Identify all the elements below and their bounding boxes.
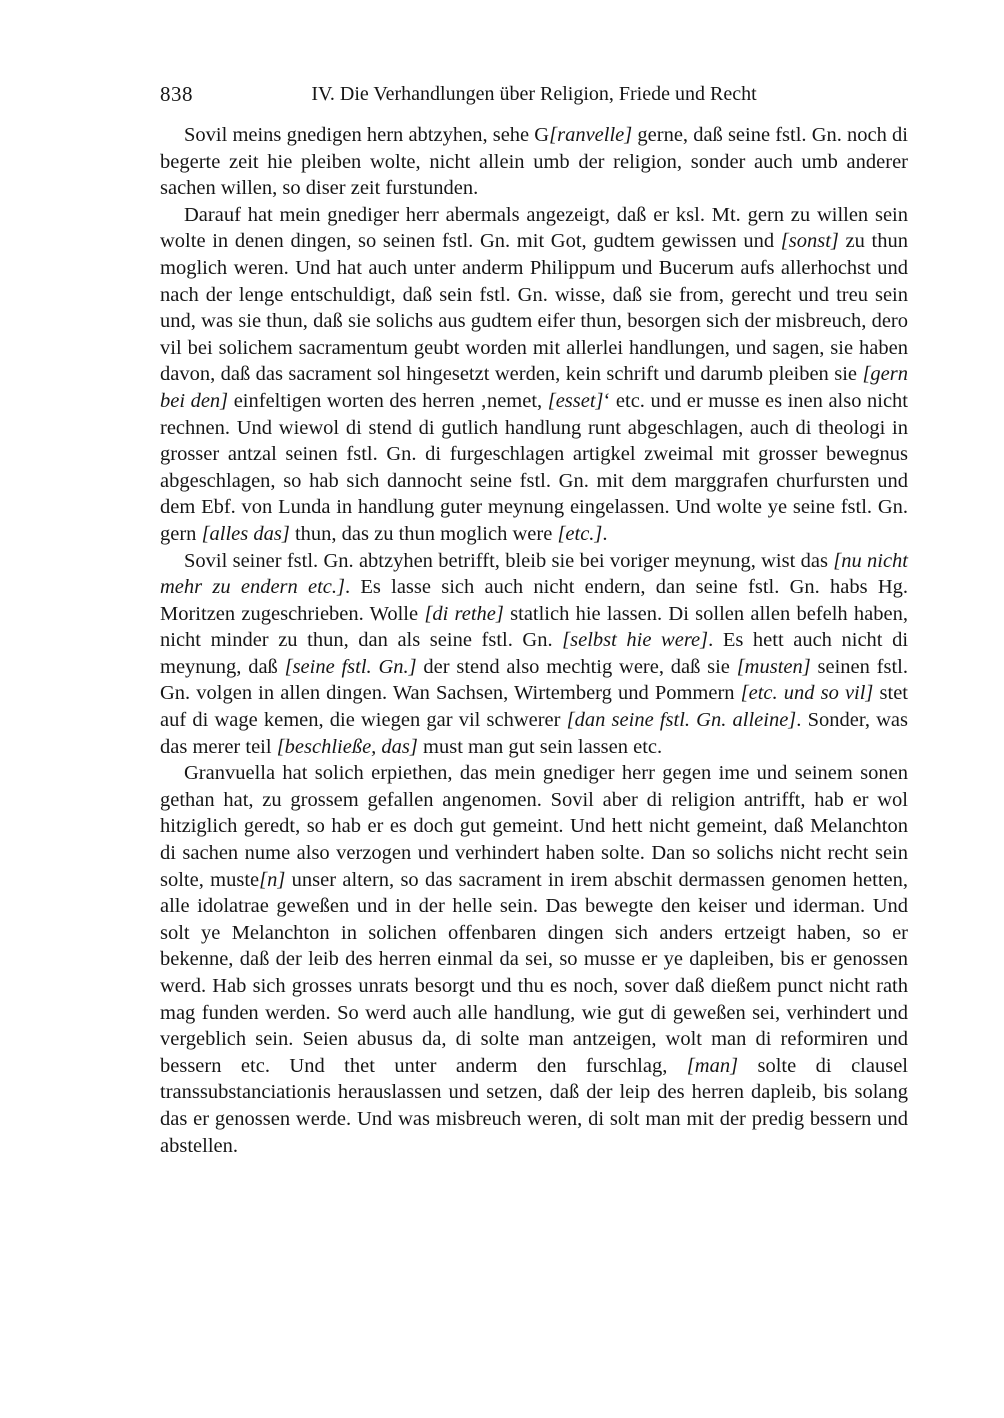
text-run: thun, das zu thun moglich were: [290, 523, 558, 545]
text-run: ‘ etc. und er musse es inen also nicht r…: [160, 390, 908, 545]
text-run: der stend also mechtig were, daß sie: [417, 656, 737, 678]
paragraph: Sovil meins gnedigen hern abtzyhen, sehe…: [160, 122, 908, 202]
editorial-insertion: [di rethe]: [424, 603, 504, 625]
editorial-insertion: [seine fstl. Gn.]: [285, 656, 417, 678]
page-header: 838 IV. Die Verhandlungen über Religion,…: [160, 80, 908, 108]
editorial-insertion: [musten]: [737, 656, 811, 678]
page-number: 838: [160, 80, 193, 108]
paragraph: Darauf hat mein gnediger herr abermals a…: [160, 202, 908, 548]
editorial-insertion: [ranvelle]: [549, 124, 632, 146]
editorial-insertion: [dan seine fstl. Gn. alleine]: [567, 709, 797, 731]
text-run: .: [602, 523, 607, 545]
text-run: unser altern, so das sacrament in irem a…: [160, 869, 908, 1077]
text-run: Sovil meins gnedigen hern abtzyhen, sehe…: [184, 124, 549, 146]
editorial-insertion: [alles das]: [202, 523, 290, 545]
editorial-insertion: [esset]: [548, 390, 604, 412]
editorial-insertion: [etc.]: [557, 523, 602, 545]
editorial-insertion: [etc. und so vil]: [741, 682, 874, 704]
text-body: Sovil meins gnedigen hern abtzyhen, sehe…: [160, 122, 908, 1159]
paragraph: Granvuella hat solich erpiethen, das mei…: [160, 760, 908, 1159]
editorial-insertion: [n]: [259, 869, 285, 891]
editorial-insertion: [sonst]: [781, 230, 839, 252]
running-header-title: IV. Die Verhandlungen über Religion, Fri…: [160, 80, 908, 108]
paragraph: Sovil seiner fstl. Gn. abtzyhen betrifft…: [160, 548, 908, 761]
editorial-insertion: [man]: [687, 1055, 738, 1077]
text-run: Sovil seiner fstl. Gn. abtzyhen betrifft…: [184, 550, 833, 572]
text-run: einfeltigen worten des herren ‚nemet,: [228, 390, 548, 412]
text-run: zu thun moglich weren. Und hat auch unte…: [160, 230, 908, 385]
editorial-insertion: [selbst hie were]: [562, 629, 708, 651]
editorial-insertion: [beschließe, das]: [277, 736, 418, 758]
document-page: 838 IV. Die Verhandlungen über Religion,…: [0, 0, 1004, 1418]
text-run: must man gut sein lassen etc.: [418, 736, 662, 758]
